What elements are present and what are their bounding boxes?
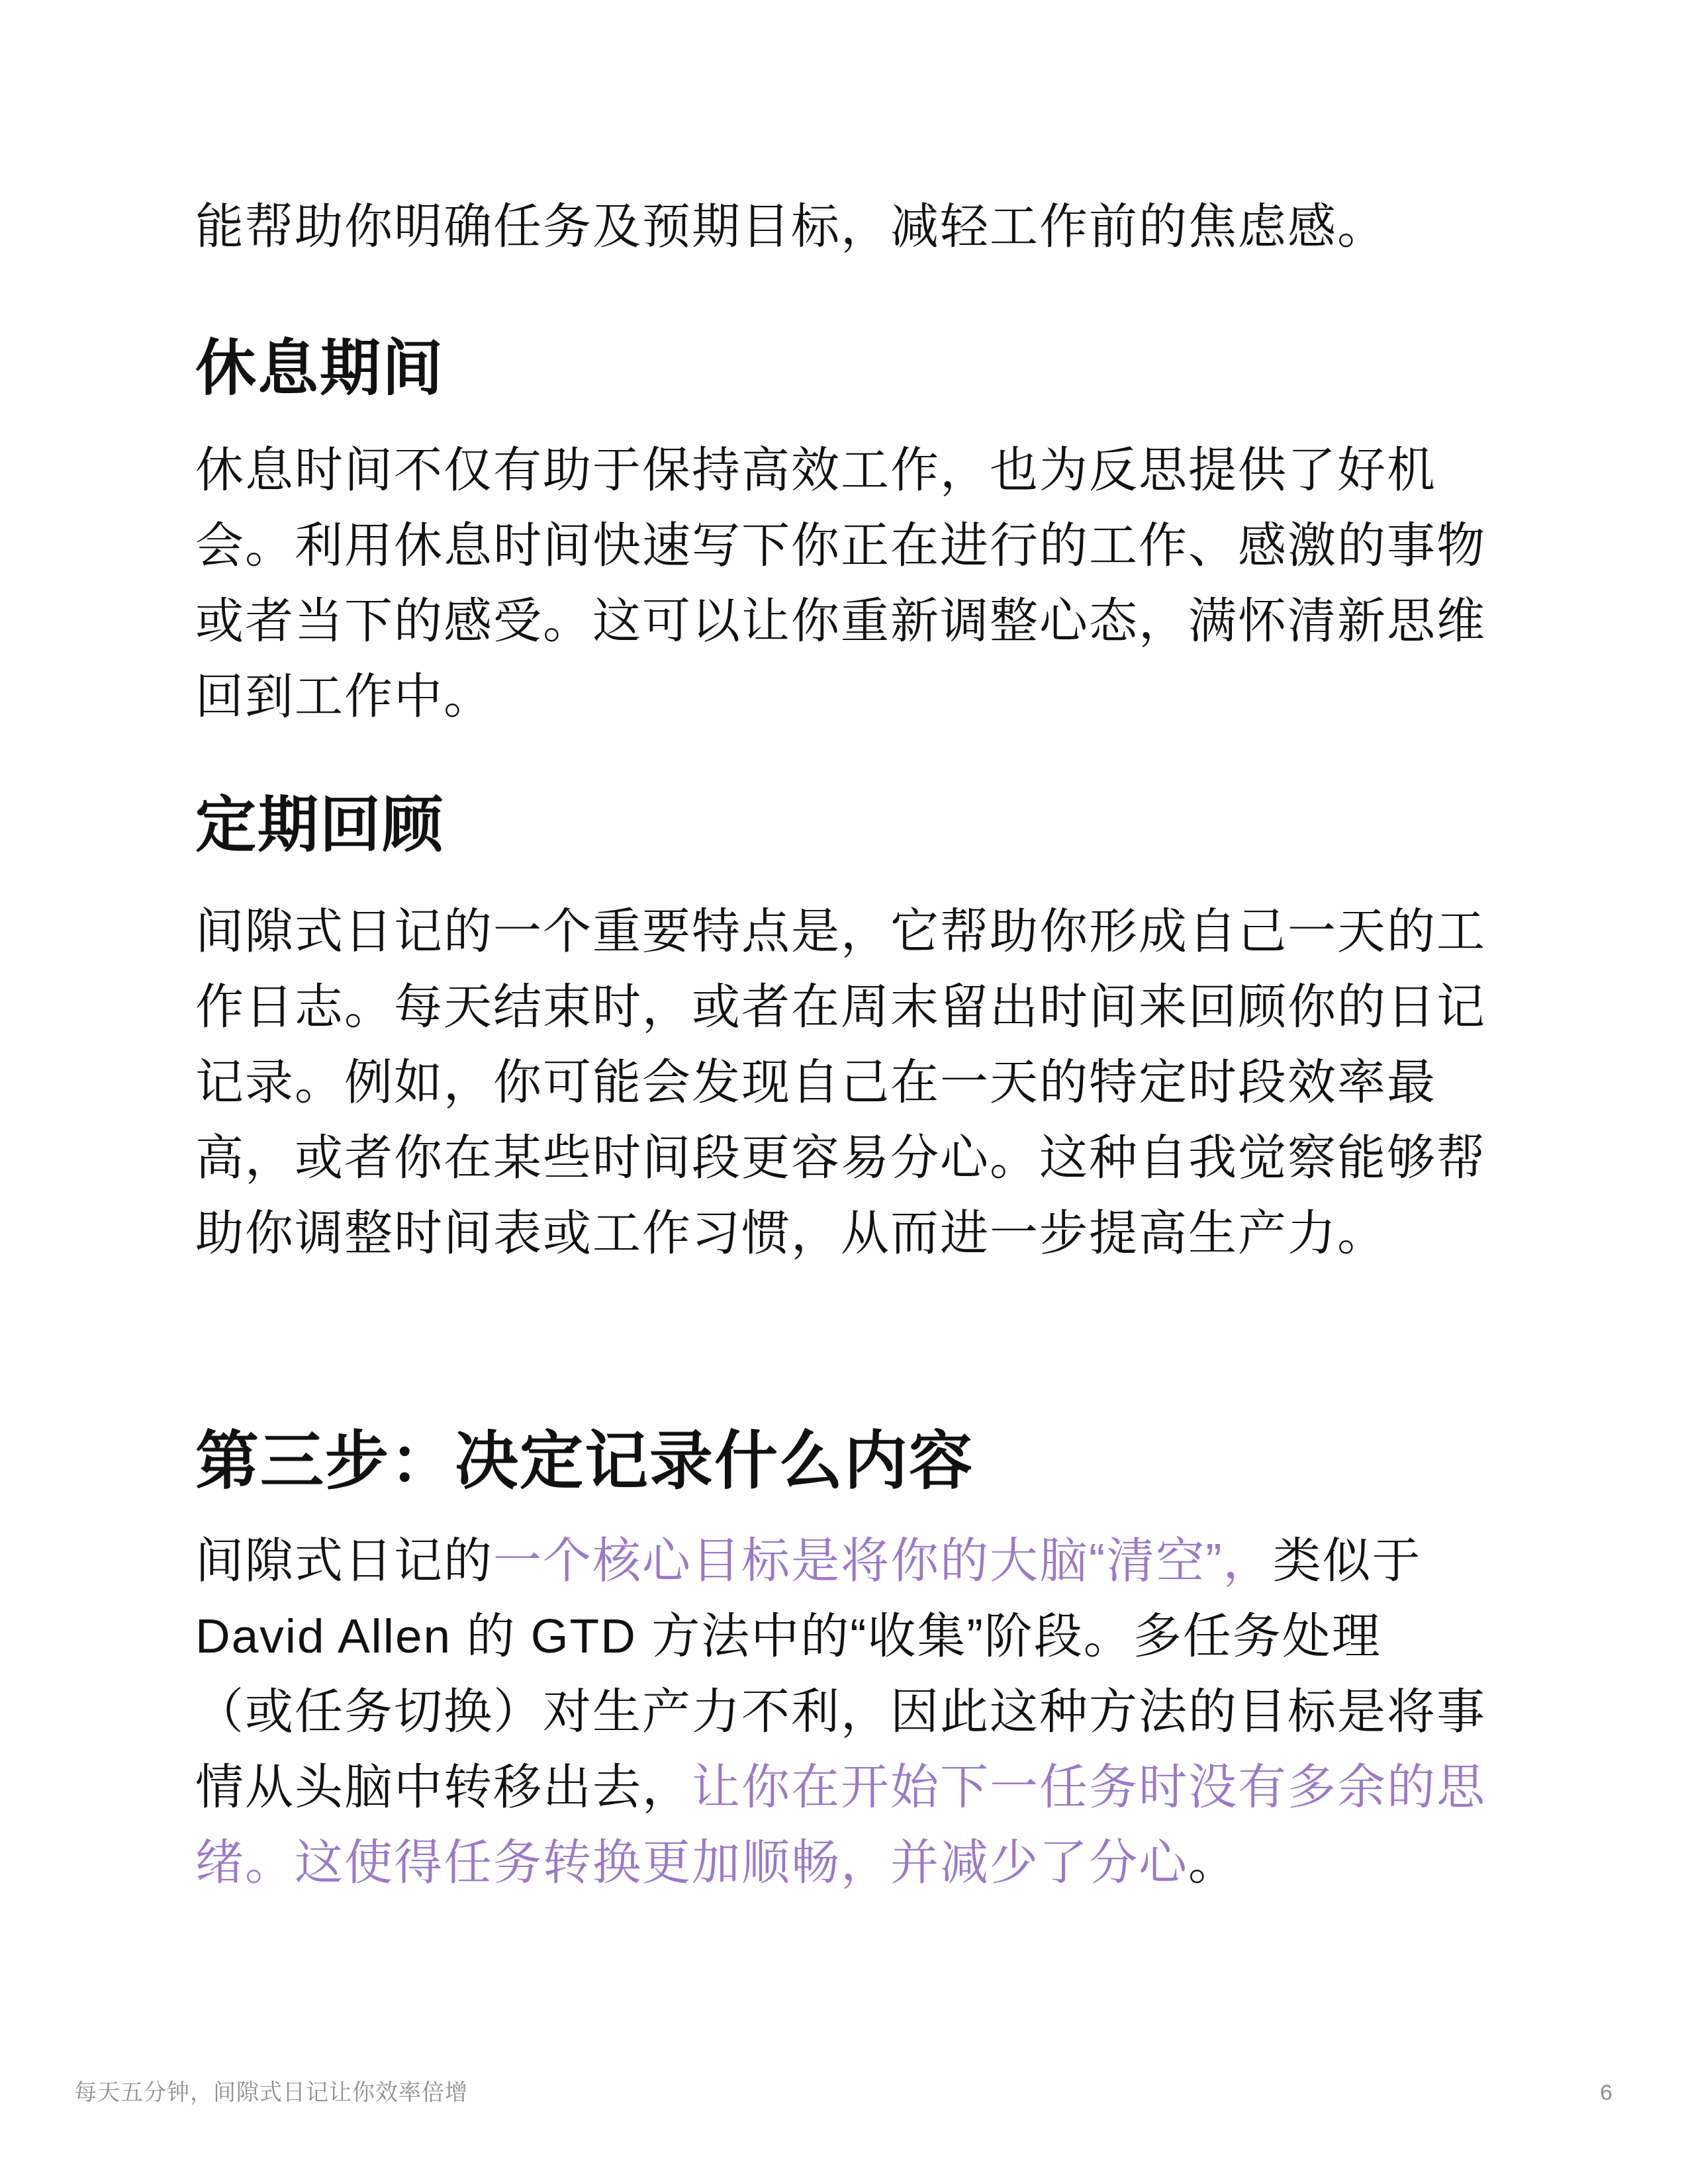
text-run: 类似于 (1273, 1534, 1422, 1588)
text-line: 情从头脑中转移出去，让你在开始下一任务时没有多余的思 (195, 1750, 1493, 1825)
paragraph-periodic-review: 间隙式日记的一个重要特点是，它帮助你形成自己一天的工作日志。每天结束时，或者在周… (195, 894, 1493, 1271)
text-run: 情从头脑中转移出去， (195, 1760, 692, 1814)
paragraph-rest-period: 休息时间不仅有助于保持高效工作，也为反思提供了好机会。利用休息时间快速写下你正在… (195, 433, 1493, 735)
highlighted-text-run: 让你在开始下一任务时没有多余的思 (692, 1760, 1486, 1814)
text-run: 休息时间不仅有助于保持高效工作，也为反思提供了好机 (195, 443, 1436, 497)
text-line: 助你调整时间表或工作习惯，从而进一步提高生产力。 (195, 1196, 1493, 1271)
text-run: 间隙式日记的一个重要特点是，它帮助你形成自己一天的工 (195, 905, 1486, 958)
text-run: 记录。例如，你可能会发现自己在一天的特定时段效率最 (195, 1056, 1436, 1109)
highlighted-text-run: 一个核心目标是将你的大脑“清空”， (493, 1534, 1273, 1588)
text-line: 或者当下的感受。这可以让你重新调整心态，满怀清新思维 (195, 584, 1493, 659)
text-run: 或者当下的感受。这可以让你重新调整心态，满怀清新思维 (195, 594, 1486, 648)
text-line: 高，或者你在某些时间段更容易分心。这种自我觉察能够帮 (195, 1120, 1493, 1196)
text-line: （或任务切换）对生产力不利，因此这种方法的目标是将事 (195, 1674, 1493, 1750)
footer-document-title: 每天五分钟，间隙式日记让你效率倍增 (74, 2079, 468, 2106)
text-run: （或任务切换）对生产力不利，因此这种方法的目标是将事 (195, 1685, 1486, 1739)
page-footer: 每天五分钟，间隙式日记让你效率倍增 6 (74, 2079, 1613, 2106)
text-line: 能帮助你明确任务及预期目标，减轻工作前的焦虑感。 (195, 189, 1493, 265)
page-content: 能帮助你明确任务及预期目标，减轻工作前的焦虑感。 休息期间 休息时间不仅有助于保… (195, 189, 1493, 1901)
text-line: 记录。例如，你可能会发现自己在一天的特定时段效率最 (195, 1045, 1493, 1120)
text-line: 间隙式日记的一个重要特点是，它帮助你形成自己一天的工 (195, 894, 1493, 970)
paragraph-step3-content: 间隙式日记的一个核心目标是将你的大脑“清空”，类似于David Allen 的 … (195, 1524, 1493, 1901)
text-line: 会。利用休息时间快速写下你正在进行的工作、感激的事物 (195, 508, 1493, 584)
page-number: 6 (1600, 2079, 1613, 2106)
text-run: David Allen 的 GTD 方法中的“收集”阶段。多任务处理 (195, 1610, 1382, 1663)
text-run: 助你调整时间表或工作习惯，从而进一步提高生产力。 (195, 1206, 1387, 1260)
text-run: 高，或者你在某些时间段更容易分心。这种自我觉察能够帮 (195, 1131, 1486, 1185)
text-run: 回到工作中。 (195, 670, 493, 723)
paragraph-intro: 能帮助你明确任务及预期目标，减轻工作前的焦虑感。 (195, 189, 1493, 265)
text-run: 能帮助你明确任务及预期目标，减轻工作前的焦虑感。 (195, 200, 1387, 253)
text-line: 绪。这使得任务转换更加顺畅，并减少了分心。 (195, 1825, 1493, 1901)
text-run: 作日志。每天结束时，或者在周末留出时间来回顾你的日记 (195, 980, 1486, 1034)
text-line: David Allen 的 GTD 方法中的“收集”阶段。多任务处理 (195, 1599, 1493, 1674)
text-line: 间隙式日记的一个核心目标是将你的大脑“清空”，类似于 (195, 1524, 1493, 1599)
section-heading-rest-period: 休息期间 (195, 330, 1493, 408)
text-run: 。 (1188, 1836, 1238, 1889)
text-run: 会。利用休息时间快速写下你正在进行的工作、感激的事物 (195, 519, 1486, 572)
text-line: 作日志。每天结束时，或者在周末留出时间来回顾你的日记 (195, 970, 1493, 1045)
text-line: 休息时间不仅有助于保持高效工作，也为反思提供了好机 (195, 433, 1493, 508)
step-heading-step3: 第三步：决定记录什么内容 (195, 1420, 1493, 1503)
section-heading-periodic-review: 定期回顾 (195, 786, 1493, 864)
text-run: 间隙式日记的 (195, 1534, 493, 1588)
highlighted-text-run: 绪。这使得任务转换更加顺畅，并减少了分心 (195, 1836, 1188, 1889)
text-line: 回到工作中。 (195, 659, 1493, 735)
document-page: 能帮助你明确任务及预期目标，减轻工作前的焦虑感。 休息期间 休息时间不仅有助于保… (0, 0, 1688, 2184)
